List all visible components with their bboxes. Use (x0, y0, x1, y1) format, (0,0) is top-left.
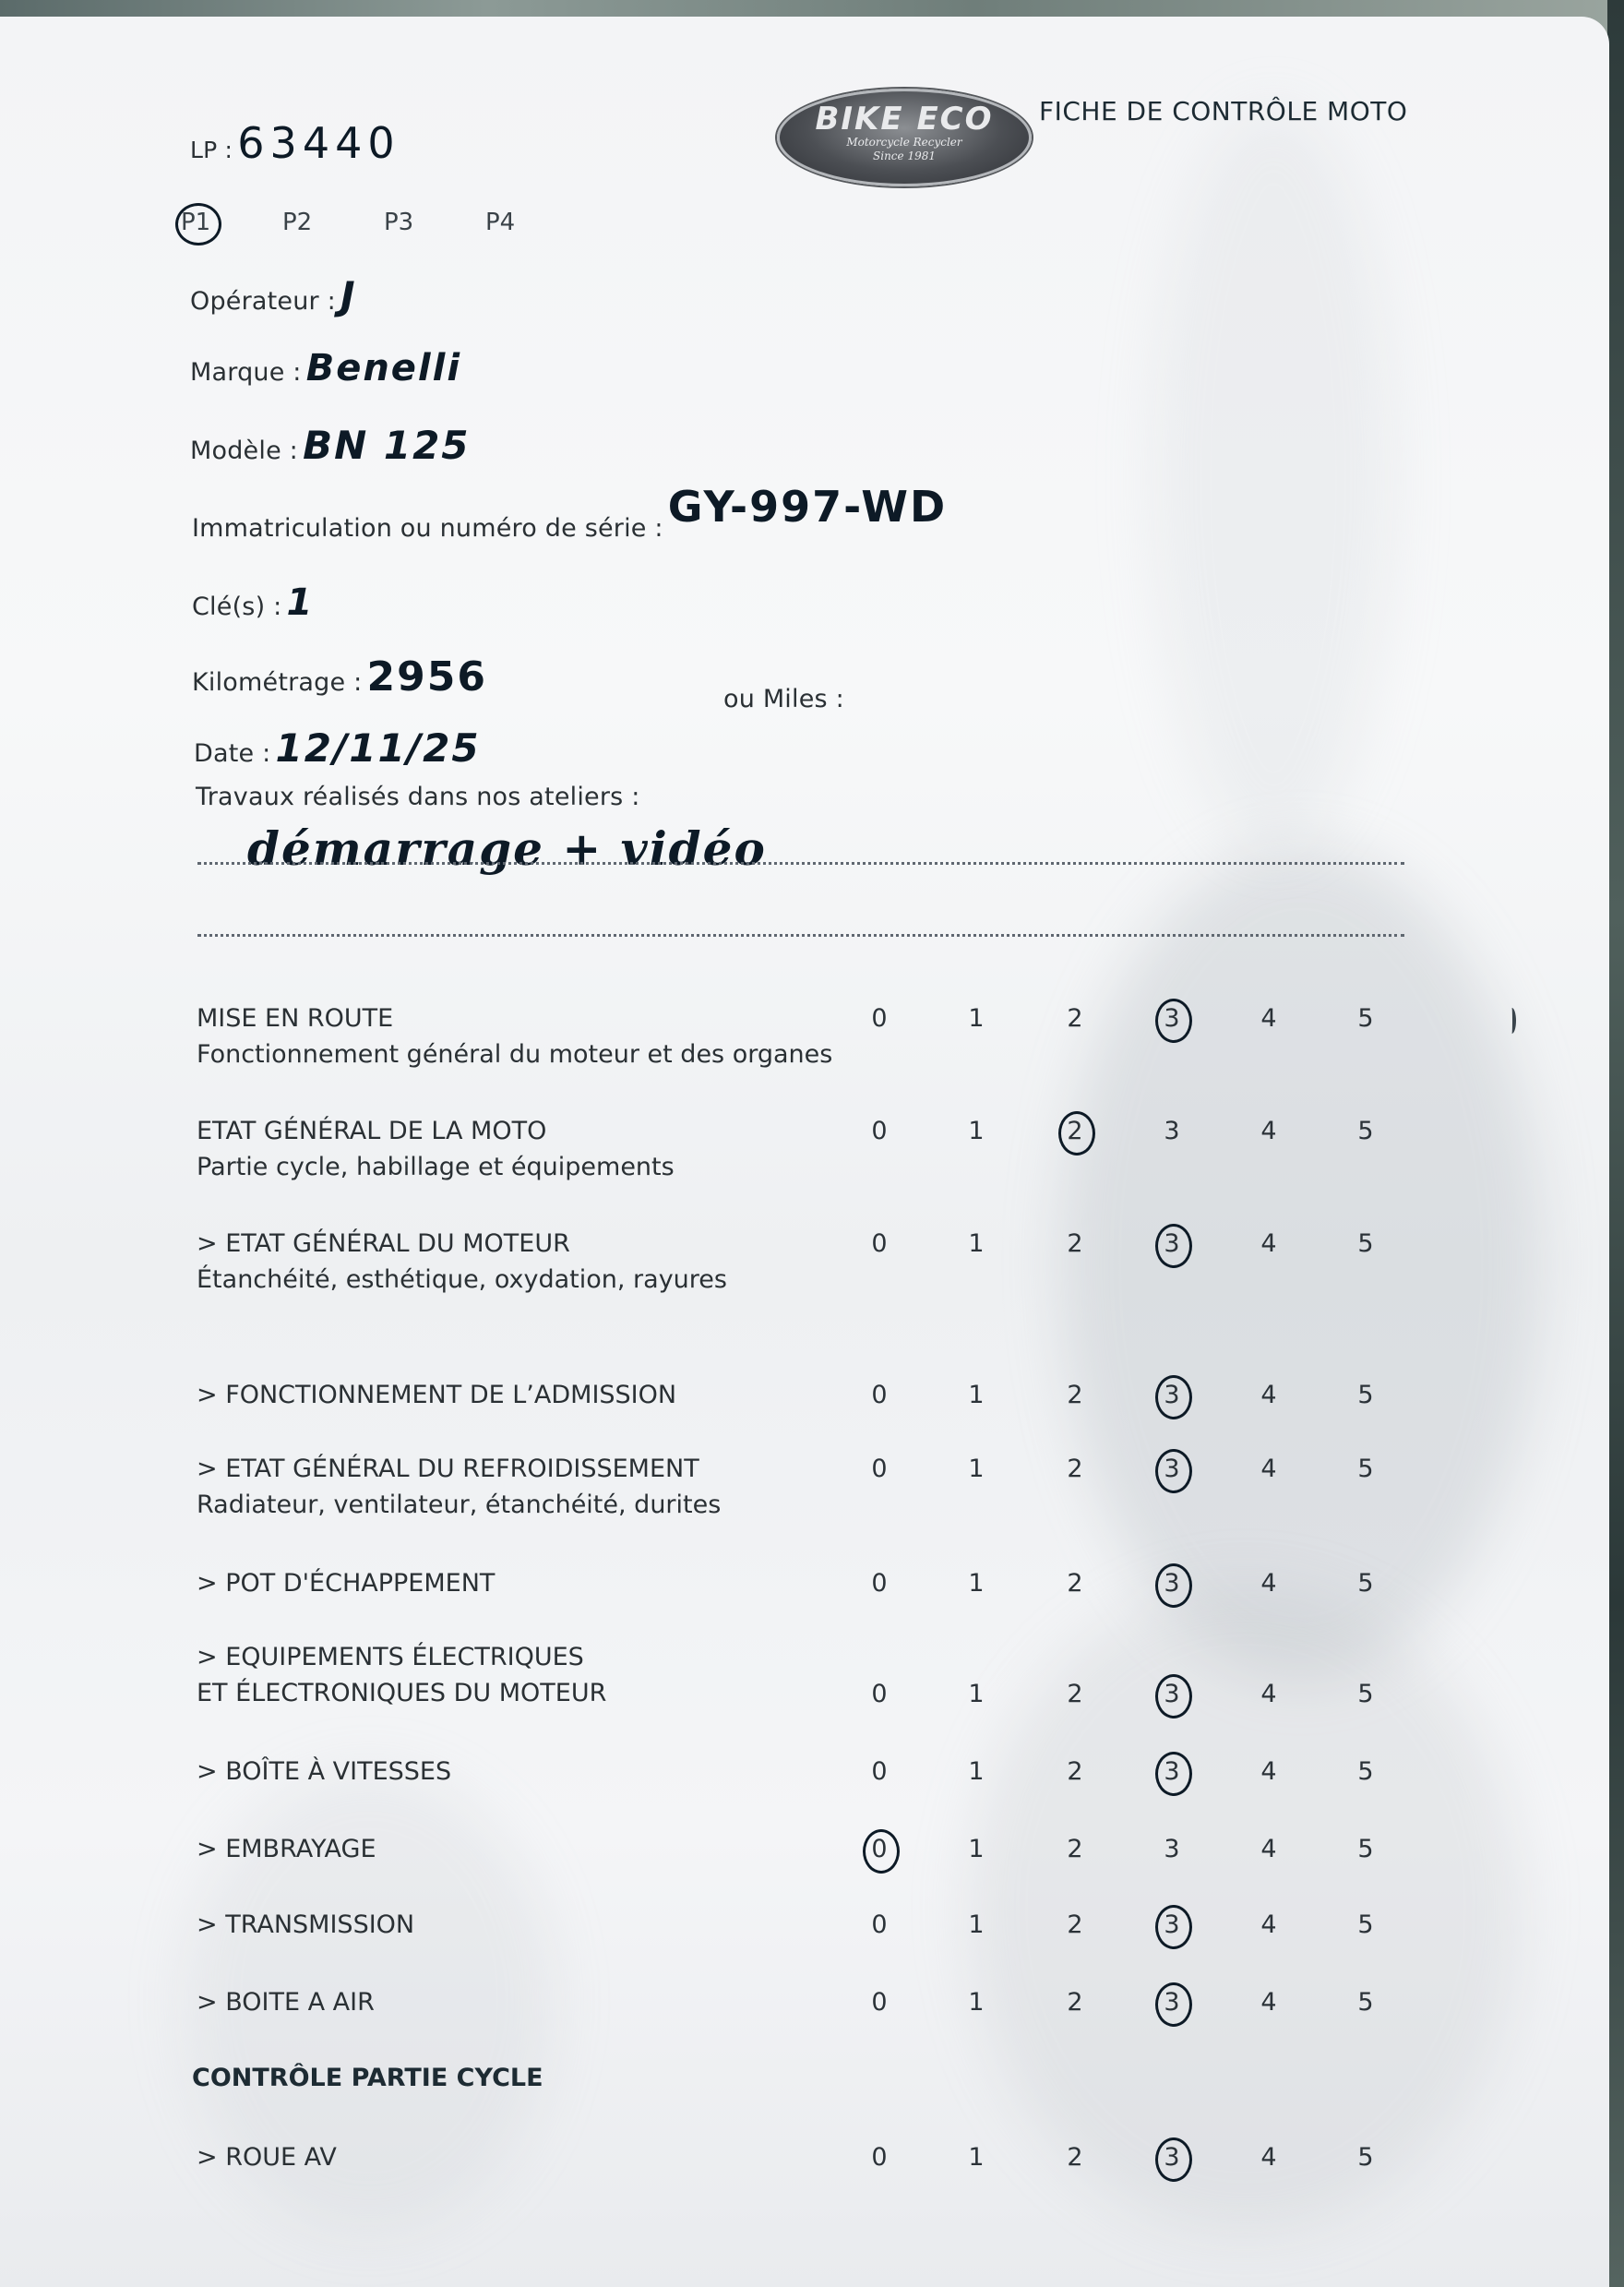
rating-option-3[interactable]: 3 (1153, 1757, 1190, 1786)
marque-field[interactable]: Marque : Benelli (190, 347, 461, 389)
rating-option-3[interactable]: 3 (1153, 1455, 1190, 1483)
partie-cycle-heading: CONTRÔLE PARTIE CYCLE (192, 2064, 543, 2092)
rating-option-4[interactable]: 4 (1250, 1835, 1287, 1863)
rating-option-0[interactable]: 0 (861, 1835, 898, 1863)
marque-label: Marque : (190, 358, 302, 387)
rating-option-2[interactable]: 2 (1057, 1910, 1093, 1939)
rating-row: ETAT GÉNÉRAL DE LA MOTOPartie cycle, hab… (197, 1117, 1396, 1181)
pen-mark (1508, 1008, 1516, 1034)
rating-option-1[interactable]: 1 (958, 1381, 995, 1409)
rating-title: > ETAT GÉNÉRAL DU REFROIDISSEMENT (197, 1455, 1396, 1483)
plastic-glare (1153, 109, 1393, 847)
rating-option-3[interactable]: 3 (1153, 1910, 1190, 1939)
rating-option-1[interactable]: 1 (958, 1004, 995, 1033)
rating-option-3[interactable]: 3 (1153, 1381, 1190, 1409)
rating-row: > ETAT GÉNÉRAL DU REFROIDISSEMENTRadiate… (197, 1455, 1396, 1519)
rating-option-1[interactable]: 1 (958, 1117, 995, 1145)
rating-option-4[interactable]: 4 (1250, 2143, 1287, 2172)
rating-option-0[interactable]: 0 (861, 1757, 898, 1786)
travaux-value[interactable]: démarrage + vidéo (247, 821, 767, 876)
logo-name: BIKE ECO (780, 102, 1029, 136)
rating-title: > BOITE A AIR (197, 1988, 1396, 2017)
rating-option-0[interactable]: 0 (861, 1229, 898, 1258)
rating-row: > EMBRAYAGE012345 (197, 1835, 1396, 1863)
rating-subtitle: Fonctionnement général du moteur et des … (197, 1040, 1396, 1069)
rating-option-2[interactable]: 2 (1057, 1381, 1093, 1409)
rating-option-3[interactable]: 3 (1153, 1680, 1190, 1708)
marque-value: Benelli (306, 347, 461, 389)
rating-option-4[interactable]: 4 (1250, 1381, 1287, 1409)
immatriculation-value: GY-997-WD (668, 482, 947, 532)
rating-option-3[interactable]: 3 (1153, 1569, 1190, 1598)
modele-value: BN 125 (303, 423, 470, 468)
page-option-p1[interactable]: P1 (181, 209, 282, 236)
rating-subtitle: Radiateur, ventilateur, étanchéité, duri… (197, 1491, 1396, 1519)
lp-label: LP : (190, 137, 233, 163)
page-selector: P1P2P3P4 (181, 209, 587, 236)
operateur-field[interactable]: Opérateur : J (190, 273, 357, 318)
rating-title: > BOÎTE À VITESSES (197, 1757, 1396, 1786)
rating-option-4[interactable]: 4 (1250, 1569, 1287, 1598)
rating-row: > ETAT GÉNÉRAL DU MOTEURÉtanchéité, esth… (197, 1229, 1396, 1294)
bike-eco-logo: BIKE ECO Motorcycle Recycler Since 1981 (777, 89, 1032, 186)
rating-title: > ETAT GÉNÉRAL DU MOTEUR (197, 1229, 1396, 1258)
rating-option-4[interactable]: 4 (1250, 1229, 1287, 1258)
rating-title: ETAT GÉNÉRAL DE LA MOTO (197, 1117, 1396, 1145)
rating-option-0[interactable]: 0 (861, 2143, 898, 2172)
rating-option-1[interactable]: 1 (958, 2143, 995, 2172)
rating-option-4[interactable]: 4 (1250, 1757, 1287, 1786)
rating-option-4[interactable]: 4 (1250, 1910, 1287, 1939)
cles-field[interactable]: Clé(s) : 1 (192, 581, 314, 624)
rating-row: > TRANSMISSION012345 (197, 1910, 1396, 1939)
rating-option-0[interactable]: 0 (861, 1569, 898, 1598)
page-option-p4[interactable]: P4 (485, 209, 587, 236)
rating-row: > POT D'ÉCHAPPEMENT012345 (197, 1569, 1396, 1598)
inspection-sheet: BIKE ECO Motorcycle Recycler Since 1981 … (0, 17, 1609, 2287)
rating-option-1[interactable]: 1 (958, 1229, 995, 1258)
rating-title: > FONCTIONNEMENT DE L’ADMISSION (197, 1381, 1396, 1409)
rating-option-4[interactable]: 4 (1250, 1117, 1287, 1145)
rating-option-1[interactable]: 1 (958, 1680, 995, 1708)
page-option-p3[interactable]: P3 (384, 209, 485, 236)
rating-option-5[interactable]: 5 (1347, 1569, 1384, 1598)
rating-option-3[interactable]: 3 (1153, 1117, 1190, 1145)
lp-field[interactable]: LP : 63440 (190, 118, 400, 168)
travaux-line-1 (197, 862, 1404, 865)
rating-option-3[interactable]: 3 (1153, 1004, 1190, 1033)
rating-option-0[interactable]: 0 (861, 1455, 898, 1483)
date-field[interactable]: Date : 12/11/25 (194, 725, 481, 771)
rating-option-1[interactable]: 1 (958, 1988, 995, 2017)
travaux-label: Travaux réalisés dans nos ateliers : (196, 783, 640, 811)
rating-option-5[interactable]: 5 (1347, 1910, 1384, 1939)
rating-title: > TRANSMISSION (197, 1910, 1396, 1939)
rating-option-5[interactable]: 5 (1347, 1835, 1384, 1863)
operateur-value: J (340, 273, 357, 318)
background-right (1607, 0, 1624, 2287)
rating-option-2[interactable]: 2 (1057, 1757, 1093, 1786)
rating-row: MISE EN ROUTEFonctionnement général du m… (197, 1004, 1396, 1069)
rating-option-5[interactable]: 5 (1347, 1229, 1384, 1258)
rating-option-5[interactable]: 5 (1347, 1381, 1384, 1409)
rating-option-0[interactable]: 0 (861, 1988, 898, 2017)
rating-option-5[interactable]: 5 (1347, 1757, 1384, 1786)
rating-option-4[interactable]: 4 (1250, 1004, 1287, 1033)
logo-since: Since 1981 (780, 150, 1029, 163)
rating-option-4[interactable]: 4 (1250, 1455, 1287, 1483)
rating-option-1[interactable]: 1 (958, 1569, 995, 1598)
date-value: 12/11/25 (276, 725, 481, 771)
rating-option-3[interactable]: 3 (1153, 2143, 1190, 2172)
miles-label: ou Miles : (723, 685, 844, 713)
cles-label: Clé(s) : (192, 593, 281, 621)
rating-option-2[interactable]: 2 (1057, 1988, 1093, 2017)
rating-option-0[interactable]: 0 (861, 1004, 898, 1033)
rating-title: > ROUE AV (197, 2143, 1396, 2172)
rating-option-5[interactable]: 5 (1347, 1117, 1384, 1145)
rating-title: MISE EN ROUTE (197, 1004, 1396, 1033)
page-option-p2[interactable]: P2 (282, 209, 384, 236)
rating-option-0[interactable]: 0 (861, 1381, 898, 1409)
rating-option-2[interactable]: 2 (1057, 1229, 1093, 1258)
rating-option-4[interactable]: 4 (1250, 1680, 1287, 1708)
rating-option-2[interactable]: 2 (1057, 1004, 1093, 1033)
modele-label: Modèle : (190, 437, 298, 465)
rating-option-2[interactable]: 2 (1057, 2143, 1093, 2172)
rating-option-1[interactable]: 1 (958, 1910, 995, 1939)
rating-option-0[interactable]: 0 (861, 1910, 898, 1939)
modele-field[interactable]: Modèle : BN 125 (190, 423, 471, 468)
rating-option-2[interactable]: 2 (1057, 1569, 1093, 1598)
rating-option-2[interactable]: 2 (1057, 1117, 1093, 1145)
rating-option-5[interactable]: 5 (1347, 1680, 1384, 1708)
rating-title: > EQUIPEMENTS ÉLECTRIQUES (197, 1643, 1396, 1671)
rating-option-3[interactable]: 3 (1153, 1835, 1190, 1863)
rating-row: > BOÎTE À VITESSES012345 (197, 1757, 1396, 1786)
rating-subtitle: Partie cycle, habillage et équipements (197, 1153, 1396, 1181)
rating-option-2[interactable]: 2 (1057, 1455, 1093, 1483)
rating-option-1[interactable]: 1 (958, 1757, 995, 1786)
kilometrage-label: Kilométrage : (192, 668, 362, 697)
lp-value: 63440 (237, 118, 400, 168)
rating-subtitle: Étanchéité, esthétique, oxydation, rayur… (197, 1265, 1396, 1294)
cles-value: 1 (286, 581, 314, 624)
rating-subtitle: ET ÉLECTRONIQUES DU MOTEUR (197, 1679, 1396, 1707)
rating-option-5[interactable]: 5 (1347, 1004, 1384, 1033)
rating-option-3[interactable]: 3 (1153, 1988, 1190, 2017)
rating-option-4[interactable]: 4 (1250, 1988, 1287, 2017)
rating-row: > BOITE A AIR012345 (197, 1988, 1396, 2017)
miles-field[interactable]: ou Miles : (723, 674, 844, 716)
kilometrage-value: 2956 (367, 653, 487, 700)
travaux-line-2 (197, 934, 1404, 937)
rating-option-5[interactable]: 5 (1347, 1988, 1384, 2017)
rating-title: > EMBRAYAGE (197, 1835, 1396, 1863)
rating-option-2[interactable]: 2 (1057, 1680, 1093, 1708)
immatriculation-label: Immatriculation ou numéro de série : (192, 514, 663, 543)
document-title: FICHE DE CONTRÔLE MOTO (1039, 96, 1407, 126)
date-label: Date : (194, 739, 270, 768)
rating-option-5[interactable]: 5 (1347, 2143, 1384, 2172)
rating-option-1[interactable]: 1 (958, 1835, 995, 1863)
logo-tagline: Motorcycle Recycler (780, 136, 1029, 150)
rating-option-1[interactable]: 1 (958, 1455, 995, 1483)
rating-row: > ROUE AV012345 (197, 2143, 1396, 2172)
rating-option-3[interactable]: 3 (1153, 1229, 1190, 1258)
rating-row: > EQUIPEMENTS ÉLECTRIQUESET ÉLECTRONIQUE… (197, 1643, 1396, 1707)
rating-option-0[interactable]: 0 (861, 1680, 898, 1708)
rating-option-5[interactable]: 5 (1347, 1455, 1384, 1483)
rating-title: > POT D'ÉCHAPPEMENT (197, 1569, 1396, 1598)
rating-row: > FONCTIONNEMENT DE L’ADMISSION012345 (197, 1381, 1396, 1409)
rating-option-0[interactable]: 0 (861, 1117, 898, 1145)
kilometrage-field[interactable]: Kilométrage : 2956 (192, 653, 487, 700)
immatriculation-field[interactable]: Immatriculation ou numéro de série : GY-… (192, 497, 947, 546)
operateur-label: Opérateur : (190, 287, 336, 316)
rating-option-2[interactable]: 2 (1057, 1835, 1093, 1863)
